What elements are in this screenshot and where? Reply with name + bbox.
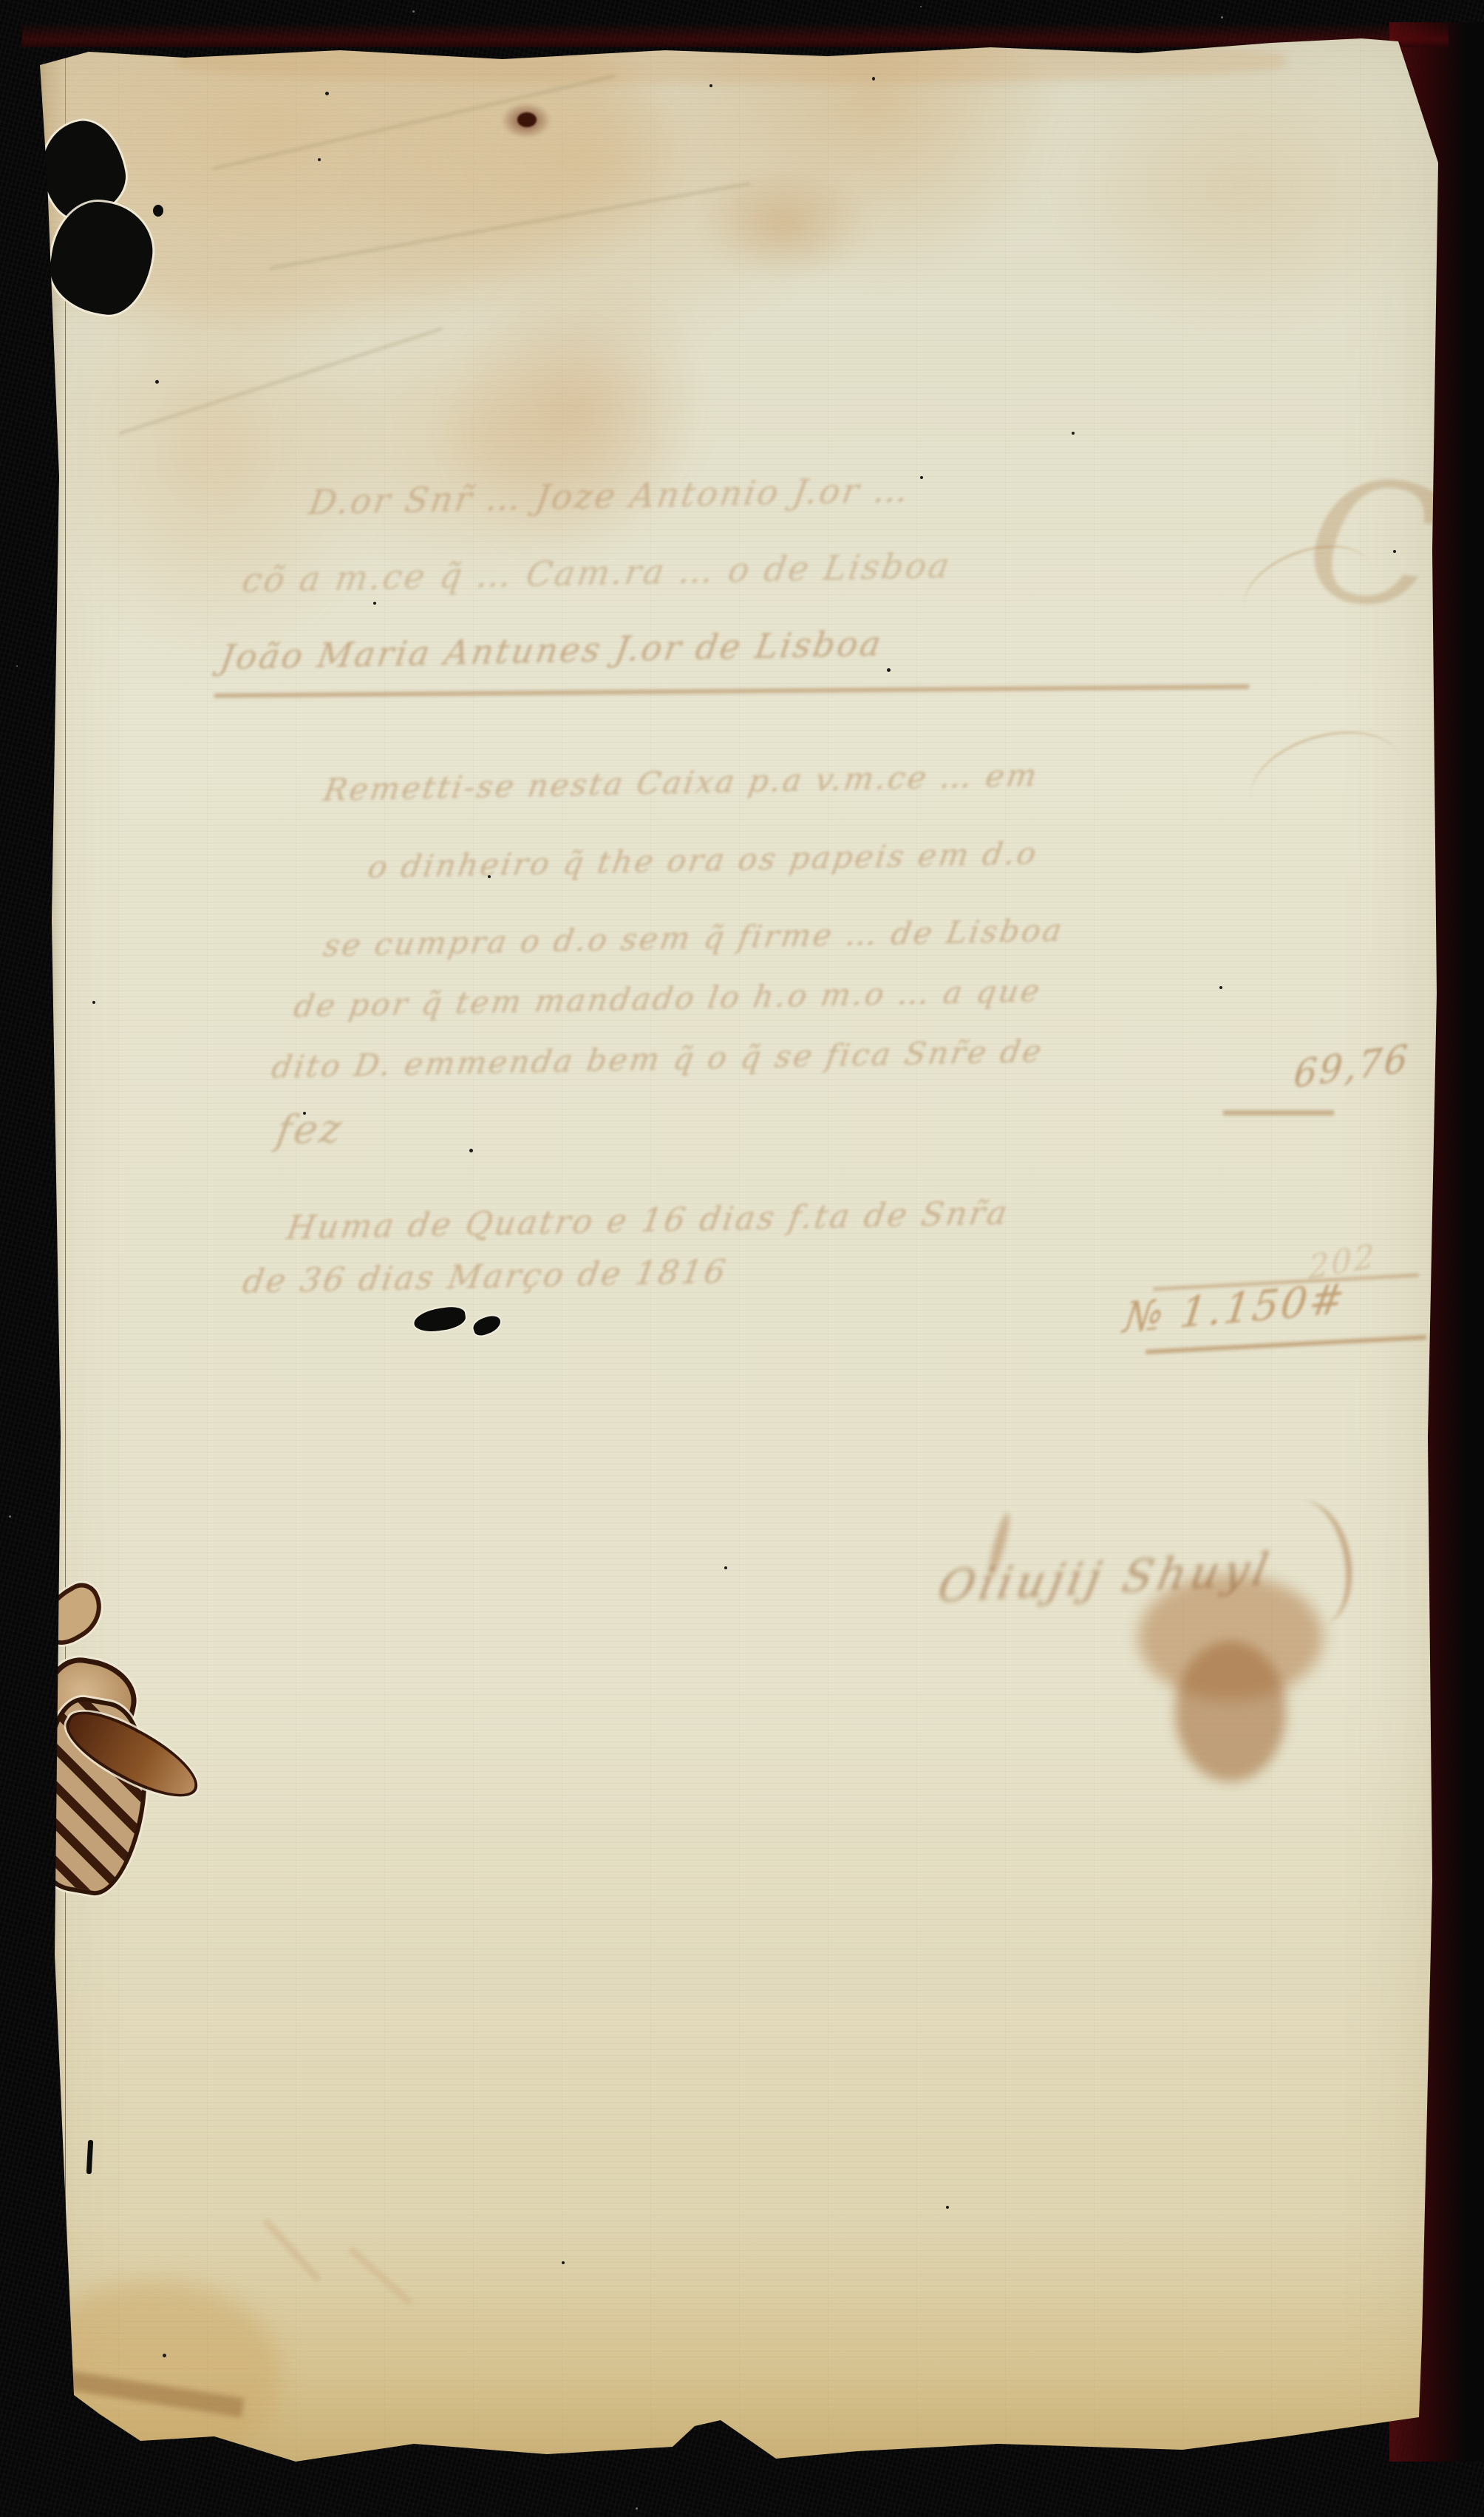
paper-speck: [373, 602, 376, 605]
paper-speck: [946, 2206, 949, 2209]
word-fez: fez: [273, 1105, 347, 1153]
paper-speck: [318, 158, 321, 161]
body-line-1: Remetti-se nesta Caixa p.a v.m.ce … em: [321, 757, 1041, 808]
water-stain: [695, 166, 872, 284]
paper-crease: [1239, 715, 1414, 845]
paper-speck: [303, 1112, 306, 1115]
ink-underline: [214, 685, 1249, 698]
ink-blot: [471, 1313, 503, 1338]
dust-speck: [9, 1515, 11, 1518]
dust-speck: [412, 10, 415, 13]
amount-value: 69,76: [1293, 1036, 1412, 1096]
paper-speck: [1219, 986, 1222, 989]
stain-spot: [517, 112, 537, 127]
ink-dot: [153, 205, 163, 217]
closing-line-2: de 36 dias Março de 1816: [240, 1253, 730, 1301]
body-line-4: de por q̃ tem mandado lo h.o m.o … a que: [291, 972, 1044, 1024]
manuscript-page: D.or Snr̃ … Joze Antonio J.or … cõ a m.c…: [30, 33, 1440, 2472]
paper-speck: [920, 476, 923, 479]
paper-speck: [325, 92, 329, 95]
paper-speck: [155, 380, 159, 384]
ink-tick: [86, 2140, 93, 2174]
paper-speck: [709, 84, 712, 87]
dust-speck: [16, 665, 18, 667]
signature-ink-smudge: [1175, 1641, 1286, 1781]
water-stain: [1049, 47, 1434, 328]
paper-speck: [488, 875, 491, 878]
ink-blot: [412, 1305, 466, 1334]
total-underline: [1146, 1335, 1426, 1354]
paper-speck: [1072, 432, 1075, 435]
paper-speck: [163, 2354, 166, 2357]
paper-speck: [887, 668, 891, 672]
total-value: № 1.150#: [1121, 1274, 1349, 1342]
paper-speck: [1393, 550, 1396, 553]
closing-line-1: Huma de Quatro e 16 dias f.ta de Snr̃a: [284, 1195, 1012, 1247]
paper-speck: [469, 1149, 473, 1152]
paper-speck: [872, 77, 875, 81]
paper-speck: [92, 1001, 95, 1004]
paper-speck: [724, 1566, 727, 1569]
manuscript-photo: D.or Snr̃ … Joze Antonio J.or … cõ a m.c…: [0, 0, 1484, 2517]
body-line-3: se cumpra o d.o sem q̃ firme … de Lisboa: [321, 912, 1066, 964]
heading-flourish: C: [1295, 438, 1453, 652]
body-line-5: dito D. emmenda bem q̃ o q̃ se fica Snr̃…: [269, 1033, 1046, 1085]
flash-rim-top: [22, 22, 1449, 47]
ink-dash: [1223, 1110, 1334, 1115]
paper-speck: [562, 2261, 565, 2264]
body-line-2: o dinheiro q̃ the ora os papeis em d.o: [366, 835, 1041, 886]
heading-line-3: João Maria Antunes J.or de Lisboa: [217, 624, 885, 678]
dust-speck: [1221, 16, 1223, 18]
dust-speck: [920, 6, 922, 7]
dust-speck: [636, 2507, 638, 2510]
